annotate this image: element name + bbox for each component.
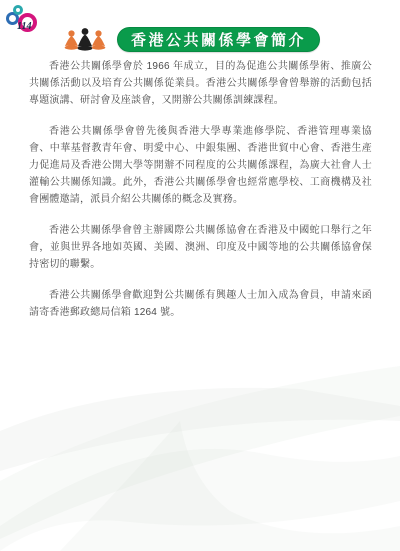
background-watermark — [0, 361, 400, 551]
scanned-document-page: { "page": { "page_number": "114", "title… — [0, 0, 400, 551]
page-number: 114 — [17, 21, 31, 32]
paragraph-4: 香港公共關係學會歡迎對公共關係有興趣人士加入成為會員，申請來函請寄香港郵政總局信… — [29, 287, 372, 321]
paragraph-1: 香港公共關係學會於 1966 年成立，目的為促進公共關係學術、推廣公共關係活動以… — [29, 58, 372, 109]
paragraph-3: 香港公共關係學會曾主辦國際公共關係協會在香港及中國蛇口舉行之年會，並與世界各地如… — [29, 222, 372, 273]
page-title-banner: 香港公共關係學會簡介 — [117, 27, 320, 52]
page-corner-logo: 114 — [2, 2, 50, 46]
page-title: 香港公共關係學會簡介 — [131, 29, 306, 50]
paragraph-2: 香港公共關係學會曾先後與香港大學專業進修學院、香港管理專業協會、中華基督教青年會… — [29, 123, 372, 208]
meditating-figures-icon — [64, 26, 106, 53]
document-body: 香港公共關係學會於 1966 年成立，目的為促進公共關係學術、推廣公共關係活動以… — [29, 58, 372, 335]
chapter-header: 香港公共關係學會簡介 — [64, 26, 320, 53]
